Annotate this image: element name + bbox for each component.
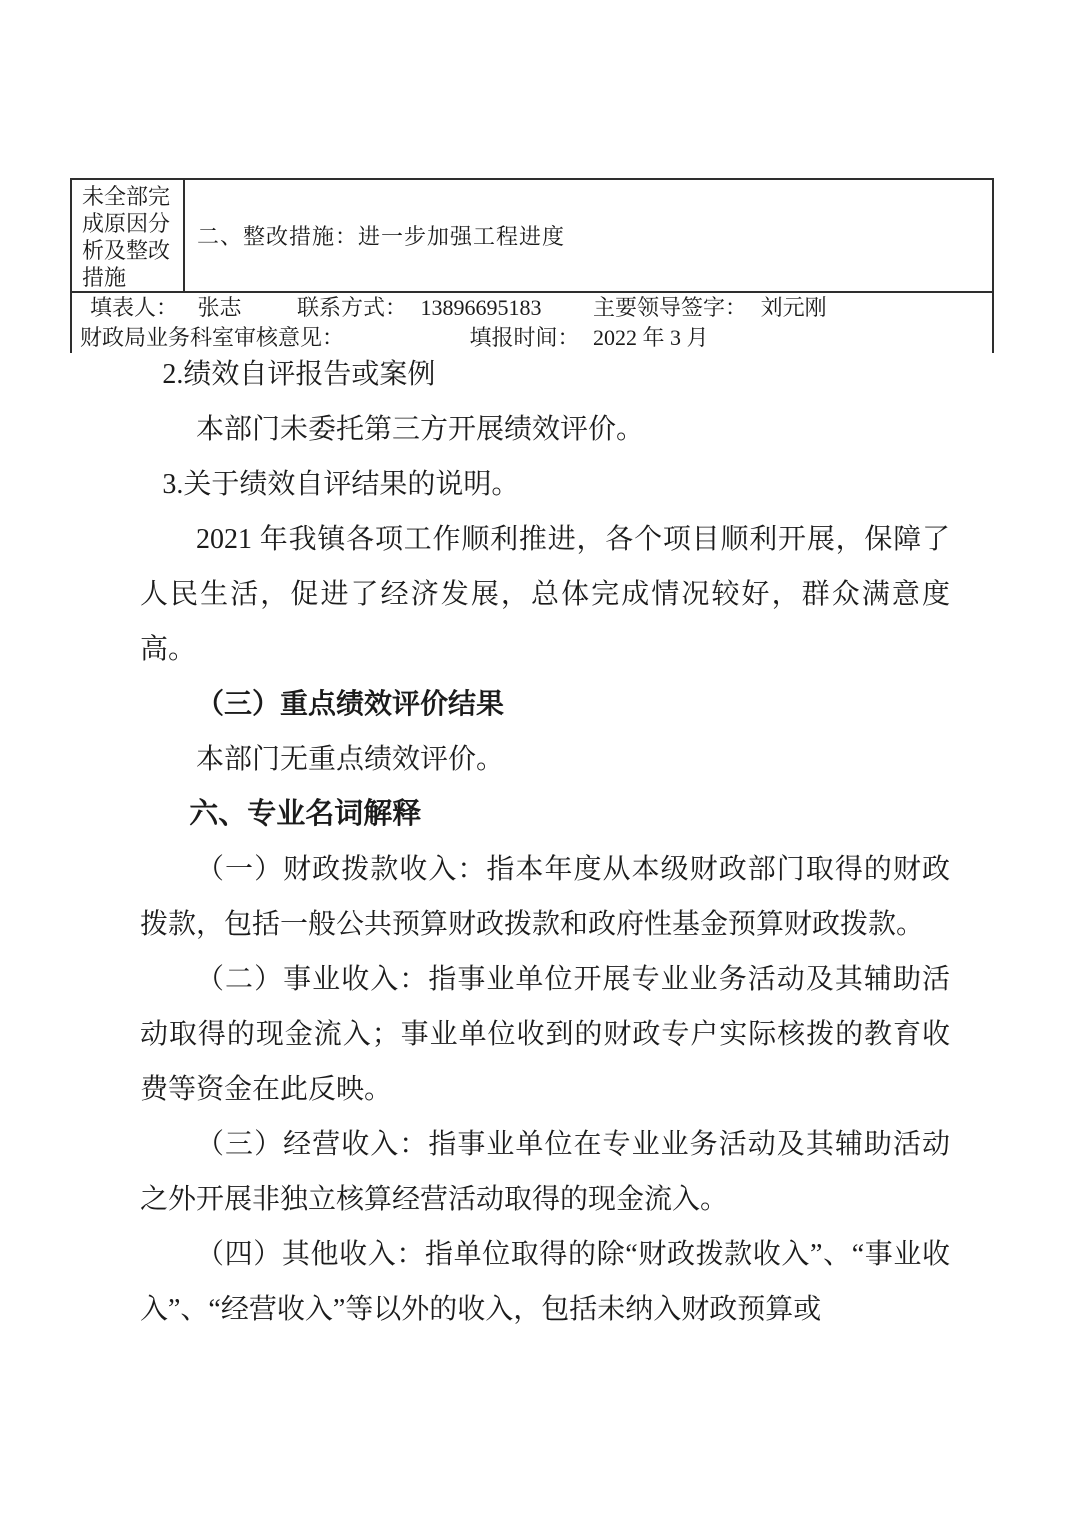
contact-value: 13896695183 [421, 293, 542, 323]
table-row: 填表人： 张志 联系方式： 13896695183 主要领导签字： 刘元刚 [72, 293, 992, 323]
heading-self-eval-result-note: 3.关于绩效自评结果的说明。 [140, 457, 950, 512]
heading-self-eval-report: 2.绩效自评报告或案例 [140, 347, 950, 402]
incomplete-reason-label-cell: 未全部完成原因分析及整改措施 [72, 180, 185, 291]
leader-signature-label: 主要领导签字： [593, 293, 747, 323]
contact-label: 联系方式： [297, 293, 407, 323]
filler-label: 填表人： [90, 293, 178, 323]
document-page: 未全部完成原因分析及整改措施 二、整改措施：进一步加强工程进度 填表人： 张志 … [0, 0, 1074, 1520]
heading-terms-glossary: 六、专业名词解释 [140, 787, 950, 842]
glossary-item-fiscal-allocation: （一）财政拨款收入：指本年度从本级财政部门取得的财政拨款，包括一般公共预算财政拨… [140, 842, 950, 952]
table-footer-rows: 填表人： 张志 联系方式： 13896695183 主要领导签字： 刘元刚 财政… [70, 293, 994, 353]
glossary-item-other-income: （四）其他收入：指单位取得的除“财政拨款收入”、“事业收入”、“经营收入”等以外… [140, 1227, 950, 1337]
summary-table: 未全部完成原因分析及整改措施 二、整改措施：进一步加强工程进度 填表人： 张志 … [70, 178, 994, 353]
glossary-item-business-income: （三）经营收入：指事业单位在专业业务活动及其辅助活动之外开展非独立核算经营活动取… [140, 1117, 950, 1227]
table-row: 未全部完成原因分析及整改措施 二、整改措施：进一步加强工程进度 [70, 178, 994, 293]
glossary-item-operating-income: （二）事业收入：指事业单位开展专业业务活动及其辅助活动取得的现金流入；事业单位收… [140, 952, 950, 1117]
document-body: 2.绩效自评报告或案例 本部门未委托第三方开展绩效评价。 3.关于绩效自评结果的… [140, 347, 950, 1337]
heading-key-performance-results: （三）重点绩效评价结果 [140, 677, 950, 732]
rectification-measures-cell: 二、整改措施：进一步加强工程进度 [185, 180, 992, 291]
filler-value: 张志 [198, 293, 242, 323]
body-paragraph: 本部门未委托第三方开展绩效评价。 [140, 402, 950, 457]
body-paragraph: 本部门无重点绩效评价。 [140, 732, 950, 787]
leader-signature-value: 刘元刚 [761, 293, 827, 323]
body-paragraph: 2021 年我镇各项工作顺利推进，各个项目顺利开展，保障了人民生活，促进了经济发… [140, 512, 950, 677]
